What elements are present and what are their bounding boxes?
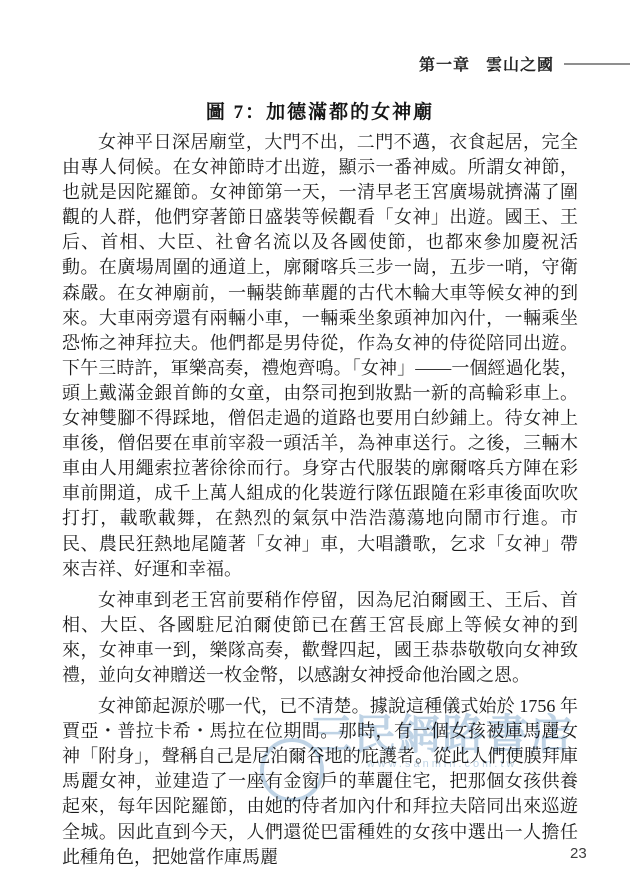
paragraph: 女神平日深居廟堂，大門不出，二門不邁，衣食起居，完全由專人伺候。在女神節時才出遊… [62, 130, 578, 582]
figure-caption: 圖 7：加德滿都的女神廟 [62, 97, 578, 124]
body-text: 女神平日深居廟堂，大門不出，二門不邁，衣食起居，完全由專人伺候。在女神節時才出遊… [62, 130, 578, 870]
running-header: 第一章 雲山之國 [419, 52, 630, 75]
chapter-title: 雲山之國 [486, 52, 554, 75]
header-rule [564, 63, 630, 65]
page-number: 23 [570, 845, 587, 862]
paragraph: 女神節起源於哪一代，已不清楚。據說這種儀式始於 1756 年賈亞・普拉卡希・馬拉… [62, 694, 578, 870]
paragraph: 女神車到老王宮前要稍作停留，因為尼泊爾國王、王后、首相、大臣、各國駐尼泊爾使節已… [62, 588, 578, 688]
book-page: 第一章 雲山之國 圖 7：加德滿都的女神廟 女神平日深居廟堂，大門不出，二門不邁… [0, 0, 638, 893]
chapter-label: 第一章 [419, 52, 470, 75]
